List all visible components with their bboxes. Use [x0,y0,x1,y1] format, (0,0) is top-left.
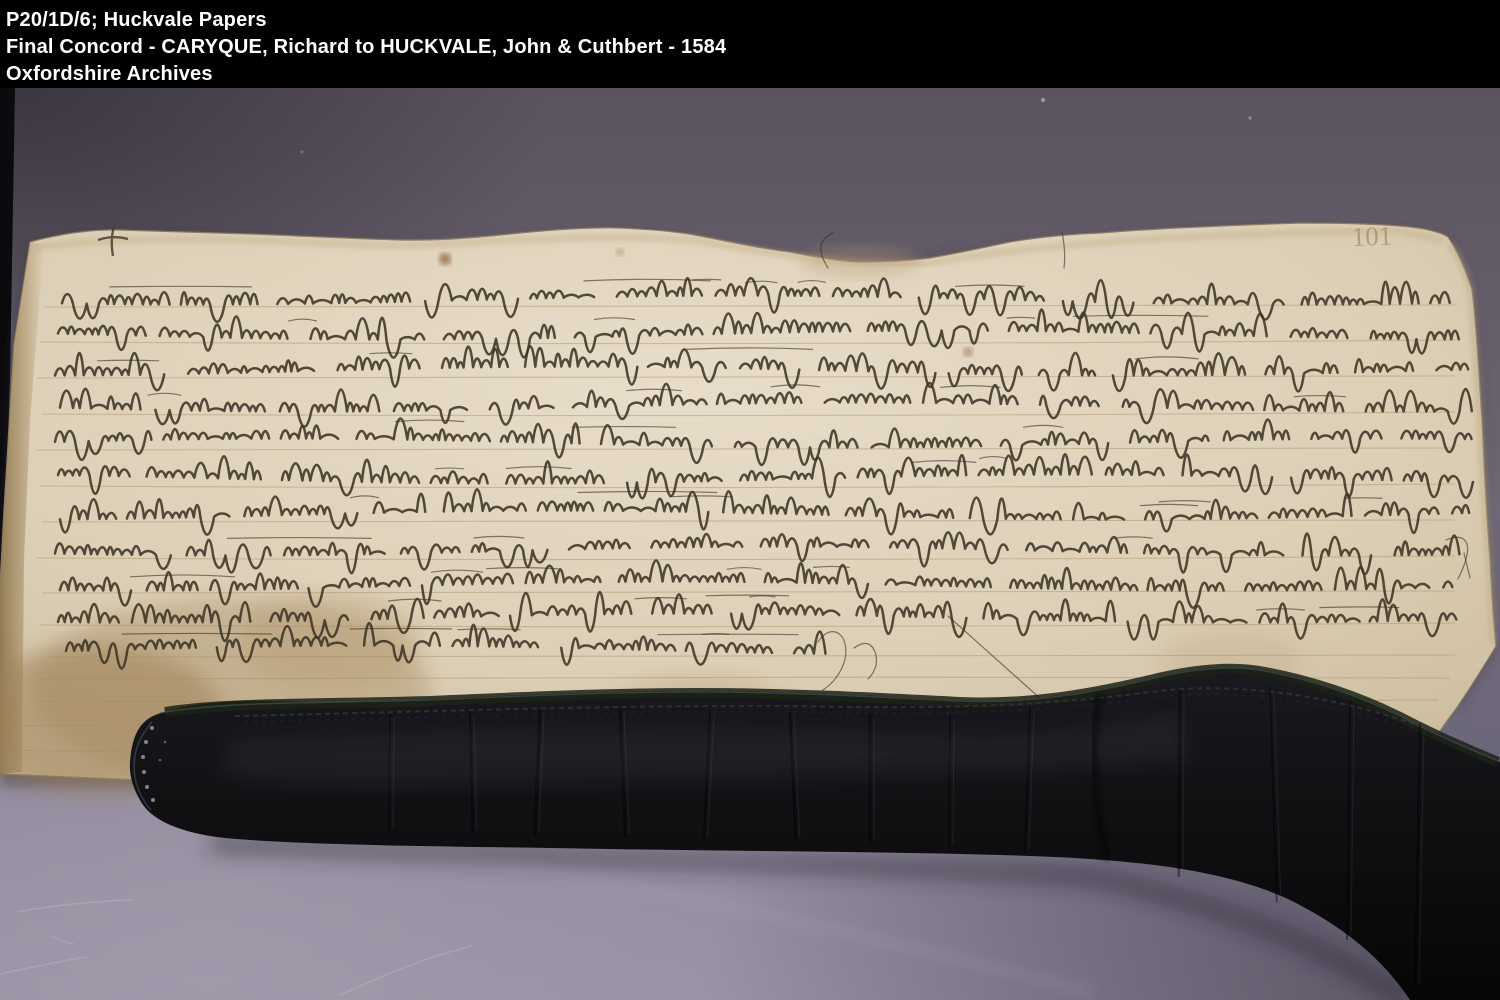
caption-title: Final Concord - CARYQUE, Richard to HUCK… [6,34,1500,61]
caption-overlay: P20/1D/6; Huckvale Papers Final Concord … [0,0,1500,88]
photo-scene: 101 [0,0,1500,1000]
archival-number: 101 [1351,221,1393,252]
archive-photo: 101 P20/1D/6; Huckvale Papers Final Conc… [0,0,1500,1000]
caption-reference: P20/1D/6; Huckvale Papers [6,7,1500,34]
caption-archive: Oxfordshire Archives [6,61,1500,88]
